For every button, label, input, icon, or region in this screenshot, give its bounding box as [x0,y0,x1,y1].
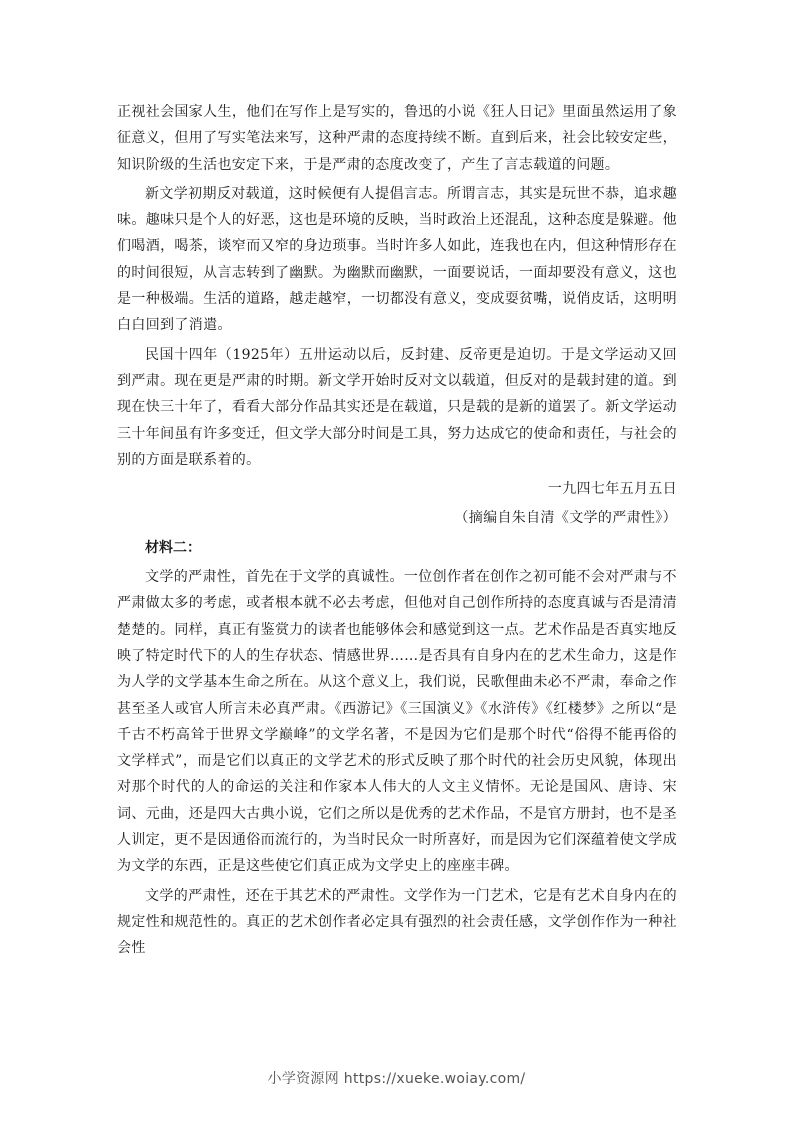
footer-watermark: 小学资源网 https://xueke.woiay.com/ [0,1068,793,1088]
paragraph-continuation: 正视社会国家人生，他们在写作上是写实的，鲁迅的小说《狂人日记》里面虽然运用了象征… [117,99,677,178]
document-page: 正视社会国家人生，他们在写作上是写实的，鲁迅的小说《狂人日记》里面虽然运用了象征… [117,99,677,962]
paragraph-yanzhi: 新文学初期反对载道，这时候便有人提倡言志。所谓言志，其实是玩世不恭，追求趣味。趣… [117,181,677,339]
date-line: 一九四七年五月五日 [117,476,677,502]
source-attribution: （摘编自朱自清《文学的严肃性》） [117,505,677,531]
paragraph-1925: 民国十四年（1925年）五卅运动以后，反封建、反帝更是迫切。于是文学运动又回到严… [117,342,677,473]
paragraph-yishu: 文学的严肃性，还在于其艺术的严肃性。文学作为一门艺术，它是有艺术自身内在的规定性… [117,883,677,962]
material-two-heading: 材料二： [117,535,677,561]
paragraph-zhencheng: 文学的严肃性，首先在于文学的真诚性。一位创作者在创作之初可能不会对严肃与不严肃做… [117,564,677,880]
